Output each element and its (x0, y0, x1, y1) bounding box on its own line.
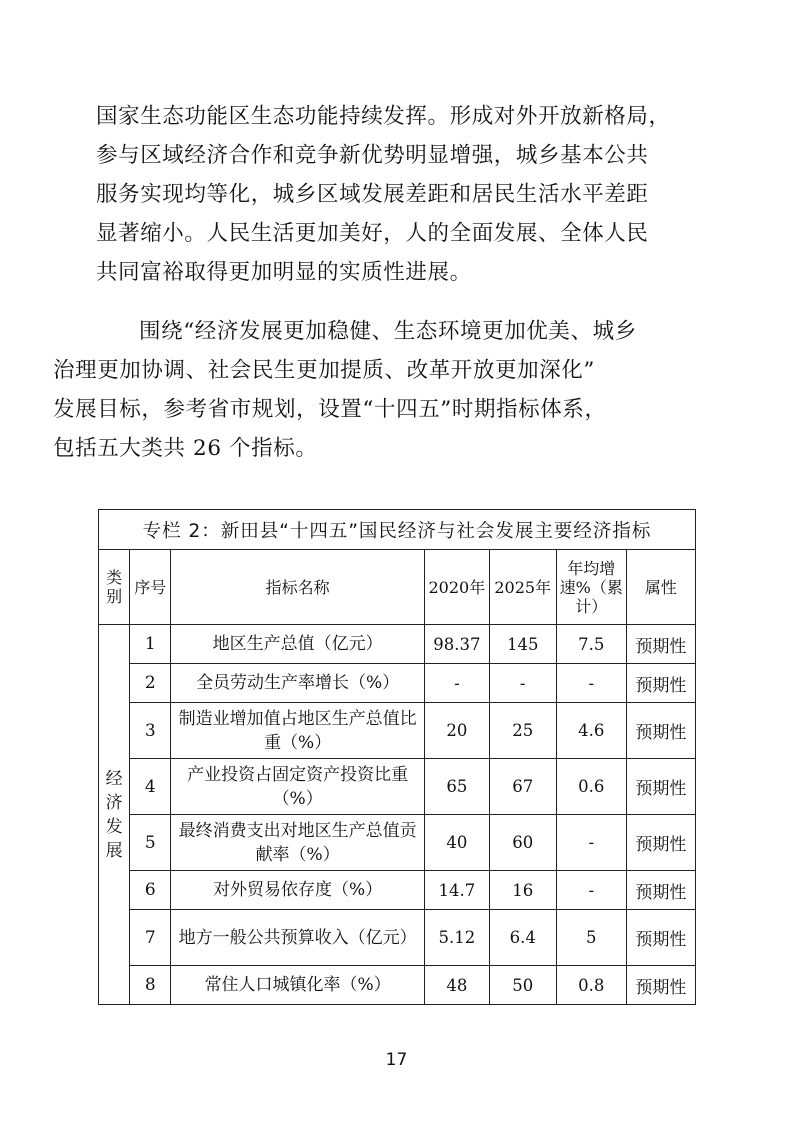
growth-rate: - (556, 871, 626, 910)
growth-rate: 0.8 (556, 966, 626, 1005)
attribute: 预期性 (626, 966, 695, 1005)
value-2020: 65 (424, 759, 489, 815)
indicator-name: 地区生产总值（亿元） (171, 625, 425, 664)
value-2020: 98.37 (424, 625, 489, 664)
row-number: 5 (130, 815, 171, 871)
text-line: 发展目标，参考省市规划，设置“十四五”时期指标体系， (96, 390, 701, 429)
table-row: 6 对外贸易依存度（%） 14.7 16 - 预期性 (99, 871, 696, 910)
indicator-table: 专栏 2：新田县“十四五”国民经济与社会发展主要经济指标 类别 序号 指标名称 … (98, 509, 696, 1005)
value-2025: 50 (489, 966, 556, 1005)
table-row: 2 全员劳动生产率增长（%） - - - 预期性 (99, 664, 696, 703)
growth-rate: 0.6 (556, 759, 626, 815)
indicator-name: 对外贸易依存度（%） (171, 871, 425, 910)
attribute: 预期性 (626, 664, 695, 703)
growth-rate: 7.5 (556, 625, 626, 664)
value-2020: 14.7 (424, 871, 489, 910)
text-line: 国家生态功能区生态功能持续发挥。形成对外开放新格局， (96, 97, 701, 136)
header-2020: 2020年 (424, 550, 489, 625)
text-line: 共同富裕取得更加明显的实质性进展。 (96, 253, 701, 292)
text-line: 参与区域经济合作和竞争新优势明显增强，城乡基本公共 (96, 136, 701, 175)
value-2020: 5.12 (424, 910, 489, 966)
indicator-name: 地方一般公共预算收入（亿元） (171, 910, 425, 966)
body-paragraph-1: 国家生态功能区生态功能持续发挥。形成对外开放新格局， 参与区域经济合作和竞争新优… (96, 97, 701, 292)
growth-rate: 5 (556, 910, 626, 966)
attribute: 预期性 (626, 703, 695, 759)
growth-rate: - (556, 815, 626, 871)
value-2025: 6.4 (489, 910, 556, 966)
attribute: 预期性 (626, 815, 695, 871)
text-line: 围绕“经济发展更加稳健、生态环境更加优美、城乡 (96, 312, 701, 351)
text-line: 治理更加协调、社会民生更加提质、改革开放更加深化” (96, 351, 701, 390)
row-number: 3 (130, 703, 171, 759)
table-row: 8 常住人口城镇化率（%） 48 50 0.8 预期性 (99, 966, 696, 1005)
value-2025: - (489, 664, 556, 703)
attribute: 预期性 (626, 759, 695, 815)
value-2020: 40 (424, 815, 489, 871)
header-category: 类别 (99, 550, 130, 625)
header-attribute: 属性 (626, 550, 695, 625)
value-2025: 25 (489, 703, 556, 759)
indicator-name: 全员劳动生产率增长（%） (171, 664, 425, 703)
table-row: 经济发展 1 地区生产总值（亿元） 98.37 145 7.5 预期性 (99, 625, 696, 664)
value-2020: 20 (424, 703, 489, 759)
table-row: 5 最终消费支出对地区生产总值贡献率（%） 40 60 - 预期性 (99, 815, 696, 871)
value-2020: 48 (424, 966, 489, 1005)
attribute: 预期性 (626, 871, 695, 910)
indicator-name: 产业投资占固定资产投资比重（%） (171, 759, 425, 815)
header-growth: 年均增速%（累计） (556, 550, 626, 625)
indicator-name: 最终消费支出对地区生产总值贡献率（%） (171, 815, 425, 871)
indicator-name: 常住人口城镇化率（%） (171, 966, 425, 1005)
text-line: 包括五大类共 26 个指标。 (96, 429, 701, 468)
row-number: 7 (130, 910, 171, 966)
value-2025: 145 (489, 625, 556, 664)
value-2025: 67 (489, 759, 556, 815)
page-number: 17 (0, 1050, 793, 1070)
attribute: 预期性 (626, 625, 695, 664)
attribute: 预期性 (626, 910, 695, 966)
table-row: 7 地方一般公共预算收入（亿元） 5.12 6.4 5 预期性 (99, 910, 696, 966)
text-line: 显著缩小。人民生活更加美好，人的全面发展、全体人民 (96, 214, 701, 253)
row-number: 4 (130, 759, 171, 815)
value-2025: 60 (489, 815, 556, 871)
value-2025: 16 (489, 871, 556, 910)
table-title: 专栏 2：新田县“十四五”国民经济与社会发展主要经济指标 (99, 510, 696, 550)
header-name: 指标名称 (171, 550, 425, 625)
table-header-row: 类别 序号 指标名称 2020年 2025年 年均增速%（累计） 属性 (99, 550, 696, 625)
category-cell: 经济发展 (99, 625, 130, 1005)
row-number: 1 (130, 625, 171, 664)
body-paragraph-2: 围绕“经济发展更加稳健、生态环境更加优美、城乡 治理更加协调、社会民生更加提质、… (96, 312, 701, 468)
indicator-name: 制造业增加值占地区生产总值比重（%） (171, 703, 425, 759)
growth-rate: - (556, 664, 626, 703)
row-number: 8 (130, 966, 171, 1005)
value-2020: - (424, 664, 489, 703)
header-index: 序号 (130, 550, 171, 625)
row-number: 6 (130, 871, 171, 910)
table-row: 3 制造业增加值占地区生产总值比重（%） 20 25 4.6 预期性 (99, 703, 696, 759)
growth-rate: 4.6 (556, 703, 626, 759)
table-row: 4 产业投资占固定资产投资比重（%） 65 67 0.6 预期性 (99, 759, 696, 815)
row-number: 2 (130, 664, 171, 703)
header-2025: 2025年 (489, 550, 556, 625)
text-line: 服务实现均等化，城乡区域发展差距和居民生活水平差距 (96, 175, 701, 214)
